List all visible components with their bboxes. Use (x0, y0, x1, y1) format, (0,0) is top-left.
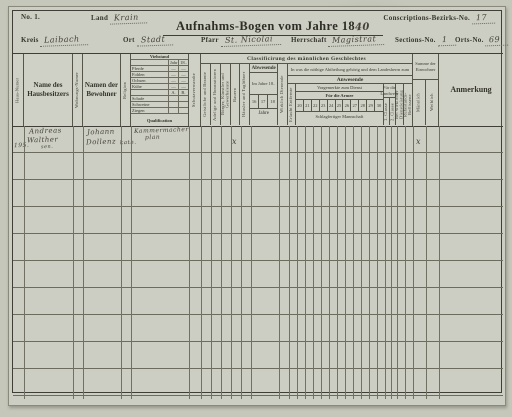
armee-age: 26 (343, 100, 351, 111)
armee-age: 23 (320, 100, 328, 111)
armee-age: 22 (312, 100, 320, 111)
col-bewohner: Namen der Bewohner (83, 54, 121, 126)
pfarr-field: Pfarr St. Nicolai (201, 35, 281, 46)
anwesende-note: In was die nöthige Abtheilung gehörig un… (289, 67, 411, 72)
table-body: 195. Andreas Walther sen. Johann Dollenz… (13, 126, 503, 399)
census-table: Haus-Numer Name des Hausbesitzers Wohnun… (13, 53, 503, 399)
abwesende-group: Abwesende Im Jahre 18.. 16 17 18 Jahre (250, 64, 278, 125)
body-column-rule (361, 126, 362, 399)
orts-value: 69 (485, 35, 509, 47)
body-column-rule (231, 126, 232, 399)
abwesende-age: 18 (268, 95, 277, 108)
col-erlaubt-entfernte: Erlaubt Entfernte (288, 84, 296, 125)
header-row-2: Kreis Laibach Ort Stadt Pfarr St. Nicola… (13, 35, 501, 51)
vorgemerkte-label: Vorgemerkte zum Dienst (296, 84, 383, 92)
body-column-rule (345, 126, 346, 399)
body-column-rule (397, 126, 398, 399)
kreis-field: Kreis Laibach (21, 35, 88, 46)
body-column-rule (369, 126, 370, 399)
entry-check-classification: x (232, 137, 237, 146)
mannschaft-label: Schlagfertiger Mannschaft (296, 112, 383, 121)
summe-weiblich-col: Weiblich (426, 80, 438, 125)
armee-age: 20 (296, 100, 304, 111)
entry-qualification: Kammermacher (134, 126, 189, 135)
herrschaft-field: Herrschaft Magistrat (291, 35, 385, 46)
col-religion: Religion (121, 54, 131, 126)
armee-age: 29 (367, 100, 375, 111)
abwesende-age: 17 (259, 95, 268, 108)
body-column-rule (24, 126, 25, 399)
col-ruhestand: Ruhestands-Beflissene (404, 84, 412, 125)
section-field: Sections-No. 1 (395, 35, 455, 46)
body-column-rule (121, 126, 122, 399)
body-column-rule (391, 126, 392, 399)
summe-label: Summe der Einwohner (413, 61, 438, 71)
abwesende-age: 16 (250, 95, 259, 108)
entry-bewohner-vorname: Johann (87, 128, 115, 137)
armee-age: 30 (375, 100, 383, 111)
body-column-rule (201, 126, 202, 399)
class-col-bauern: Bauern (231, 64, 241, 125)
body-column-rule (241, 126, 242, 399)
kreis-value: Laibach (40, 34, 88, 47)
body-column-rule (131, 126, 132, 399)
herrschaft-value: Magistrat (328, 34, 385, 47)
col-anmerkung: Anmerkung (439, 54, 503, 126)
armee-group: Vorgemerkte zum Dienst Für die Armee 20 … (296, 84, 384, 125)
conscription-field: Conscriptions-Bezirks-No. 17 (383, 13, 495, 24)
armee-age: 27 (351, 100, 359, 111)
body-column-rule (305, 126, 306, 399)
orts-field: Orts-No. 69 (455, 35, 509, 46)
armee-age: 21 (304, 100, 312, 111)
col-wohnpartei: Wohnungs-Numer (73, 54, 83, 126)
abwesende-label: Abwesende (250, 64, 277, 73)
body-column-rule (221, 126, 222, 399)
body-column-rule (189, 126, 190, 399)
body-column-rule (73, 126, 74, 399)
form-number: No. 1. (21, 13, 40, 21)
summe-group: Summe der Einwohner Männlich Weiblich (413, 54, 439, 126)
body-column-rule (413, 126, 414, 399)
armee-age-row: 20 21 22 23 24 25 26 27 28 29 30 (296, 100, 383, 112)
abwesende-note: Im Jahre 18.. (252, 81, 276, 86)
body-column-rule (353, 126, 354, 399)
conscription-value: 17 (472, 13, 496, 25)
body-column-rule (313, 126, 314, 399)
body-column-rule (251, 126, 252, 399)
body-column-rule (377, 126, 378, 399)
form-frame: No. 1. Land Krain Conscriptions-Bezirks-… (12, 10, 502, 393)
anwesende-group: In was die nöthige Abtheilung gehörig un… (288, 64, 412, 125)
class-col-geistliche: Geistliche und Beamte (201, 64, 211, 125)
title-year-value: 40 (355, 22, 370, 34)
body-column-rule (439, 126, 440, 399)
qualification-label: Qualification (131, 114, 188, 126)
entry-check-summe-maennlich: x (416, 137, 421, 146)
entry-besitzer-suffix: sen. (41, 144, 54, 150)
ort-field: Ort Stadt (123, 35, 173, 46)
classification-title: Classificirung des männlichen Geschlecht… (201, 54, 412, 64)
summe-maennlich-col: Männlich (413, 80, 426, 125)
armee-age: 28 (359, 100, 367, 111)
body-column-rule (337, 126, 338, 399)
armee-age: 24 (328, 100, 336, 111)
abwesende-jahre: Jahre (250, 108, 277, 117)
body-column-rule (297, 126, 298, 399)
col-hausbesitzer: Name des Hausbesitzers (24, 54, 73, 126)
body-column-rule (321, 126, 322, 399)
entry-bewohner-nachname: Dollenz (86, 137, 116, 146)
ort-value: Stadt (136, 34, 173, 46)
table-header: Haus-Numer Name des Hausbesitzers Wohnun… (13, 54, 503, 127)
pfarr-value: St. Nicolai (220, 34, 280, 47)
armee-age: 25 (336, 100, 344, 111)
body-column-rule (329, 126, 330, 399)
entry-religion: kath. (120, 140, 137, 147)
section-value: 1 (437, 35, 455, 47)
body-column-rule (385, 126, 386, 399)
classification-group: Classificirung des männlichen Geschlecht… (201, 54, 413, 126)
land-field: Land Krain (91, 13, 147, 24)
body-column-rule (279, 126, 280, 399)
body-column-rule (426, 126, 427, 399)
col-viehstand: Viehstand Jahr 18.. Pferde—— Fohlen—— Oc… (131, 54, 189, 126)
body-column-rule (211, 126, 212, 399)
class-col-buerger: Bürger, Künstler und Gewerbsleute (221, 64, 231, 125)
armee-label: Für die Armee (296, 92, 383, 100)
col-haus-nummer: Haus-Numer (13, 54, 24, 126)
body-column-rule (289, 126, 290, 399)
census-sheet: No. 1. Land Krain Conscriptions-Bezirks-… (8, 6, 506, 406)
land-value: Krain (110, 12, 147, 24)
body-column-rule (83, 126, 84, 399)
body-column-rule (405, 126, 406, 399)
entry-besitzer-vorname: Andreas (29, 126, 62, 135)
entry-qualification-2: plan (145, 134, 160, 142)
col-wirklich-dienende: Wirklich Dienende (278, 64, 288, 125)
anwesende-label: Anwesende (288, 76, 412, 84)
form-header: No. 1. Land Krain Conscriptions-Bezirks-… (13, 11, 501, 53)
col-schutz: Schutzverwandte (189, 54, 201, 126)
class-col-haeusler: Häusler und Taglöhner (240, 64, 250, 125)
